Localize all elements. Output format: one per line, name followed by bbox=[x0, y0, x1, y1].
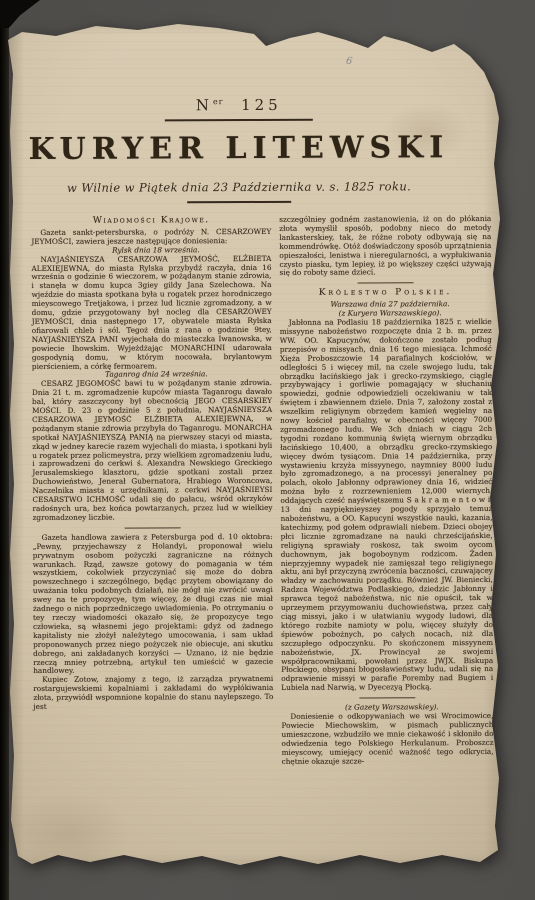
masthead: Ner 125 KURYER LITEWSKI w Wilnie w Piąte… bbox=[9, 95, 469, 204]
section-heading-domestic-news: Wiadomości Krajowe. bbox=[31, 216, 271, 226]
newspaper-scan: 6 Ner 125 KURYER LITEWSKI w Wilnie w Pią… bbox=[0, 0, 535, 900]
separator-rule bbox=[358, 283, 414, 284]
column-left: Wiadomości Krajowe. Gazeta sankt-petersb… bbox=[31, 216, 273, 768]
separator-rule bbox=[359, 697, 415, 698]
issue-number-superscript: er bbox=[213, 97, 224, 106]
paper-sheet: 6 Ner 125 KURYER LITEWSKI w Wilnie w Pią… bbox=[8, 14, 504, 878]
newspaper-title: KURYER LITEWSKI bbox=[9, 130, 469, 167]
paragraph-trade-gazette: Gazeta handlowa zawiera z Petersburga po… bbox=[33, 533, 274, 677]
page-content: Ner 125 KURYER LITEWSKI w Wilnie w Piąte… bbox=[6, 13, 505, 768]
paragraph-rylsk: NAYJAŚNIEYSZA CESARZOWA JEYMOŚĆ, ELŻBIET… bbox=[31, 255, 272, 372]
issue-number: Ner 125 bbox=[9, 95, 469, 115]
article-columns: Wiadomości Krajowe. Gazeta sankt-petersb… bbox=[31, 215, 493, 767]
paragraph-continuation: szczególniey godném zastanowienia, iż on… bbox=[279, 215, 491, 278]
paragraph-intro: Gazeta sankt-petersburska, o podróży N. … bbox=[31, 228, 271, 247]
paragraph-jablonna-mission: Jabłonna na Podlasiu 18 października 182… bbox=[280, 318, 494, 693]
column-right: szczególniey godném zastanowienia, iż on… bbox=[279, 215, 493, 766]
section-heading-kingdom-of-poland: Królestwo Polskie. bbox=[280, 288, 492, 298]
paragraph-merchant-zotow: Kupiec Zotow, znajomy z tego, iż zarządz… bbox=[33, 675, 273, 712]
masthead-rule bbox=[165, 119, 313, 122]
photo-backdrop: { "masthead": { "number_prefix": "N", "n… bbox=[0, 0, 535, 900]
issue-number-value: 125 bbox=[241, 96, 282, 114]
issue-dateline: w Wilnie w Piątek dnia 23 Października v… bbox=[9, 179, 469, 195]
issue-number-prefix: N bbox=[196, 96, 213, 114]
paragraph-taganrog: CESARZ JEGOMOŚĆ bawi tu w pożądanym stan… bbox=[32, 379, 273, 523]
separator-rule bbox=[125, 527, 181, 528]
dateline-rule bbox=[187, 201, 291, 203]
paragraph-excavations: Doniesienie o odkopywaniach we wsi Wroci… bbox=[281, 712, 493, 766]
